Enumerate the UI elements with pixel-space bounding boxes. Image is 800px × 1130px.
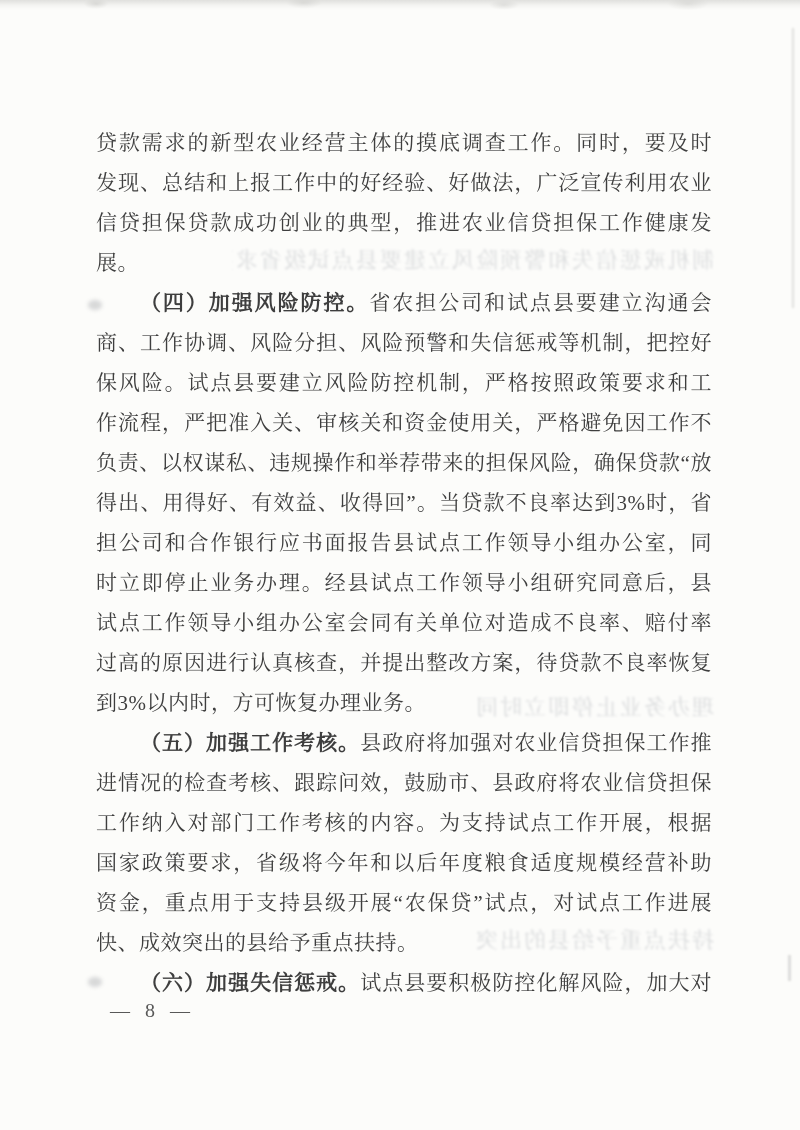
- text-run: 负责、以权谋私、违规操作和举荐带来的担保风险，确保贷款“放: [96, 451, 712, 475]
- text-run: 工作纳入对部门工作考核的内容。为支持试点工作开展，根据: [96, 811, 712, 835]
- document-body: 贷款需求的新型农业经营主体的摸底调查工作。同时，要及时发现、总结和上报工作中的好…: [96, 123, 712, 1003]
- paragraph-first-line: （四）加强风险防控。省农担公司和试点县要建立沟通会: [96, 283, 712, 323]
- scan-edge-artifact-right: [792, 28, 794, 308]
- text-run: 到3%以内时，方可恢复办理业务。: [96, 691, 426, 715]
- text-run: 国家政策要求，省级将今年和以后年度粮食适度规模经营补助: [96, 851, 712, 875]
- text-run: 县政府将加强对农业信贷担保工作推: [360, 731, 712, 755]
- text-line: 进情况的检查考核、跟踪问效，鼓励市、县政府将农业信贷担保: [96, 763, 712, 803]
- section-heading: （五）加强工作考核。: [140, 731, 360, 755]
- text-run: 保风险。试点县要建立风险防控机制，严格按照政策要求和工: [96, 371, 712, 395]
- text-run: 发现、总结和上报工作中的好经验、好做法，广泛宣传利用农业: [96, 171, 712, 195]
- text-line: 商、工作协调、风险分担、风险预警和失信惩戒等机制，把控好担: [96, 323, 712, 363]
- text-line: 国家政策要求，省级将今年和以后年度粮食适度规模经营补助: [96, 843, 712, 883]
- page-number: — 8 —: [110, 1000, 220, 1023]
- text-run: 资金，重点用于支持县级开展“农保贷”试点，对试点工作进展: [96, 891, 712, 915]
- text-run: 试点县要积极防控化解风险，加大对: [360, 971, 712, 995]
- text-line: 到3%以内时，方可恢复办理业务。: [96, 683, 712, 723]
- text-run: 快、成效突出的县给予重点扶持。: [96, 931, 419, 955]
- section-heading: （六）加强失信惩戒。: [140, 971, 360, 995]
- section-heading: （四）加强风险防控。: [140, 291, 369, 315]
- scan-edge-noise: [0, 0, 800, 34]
- text-run: 担公司和合作银行应书面报告县试点工作领导小组办公室，同: [96, 531, 712, 555]
- text-line: 过高的原因进行认真核查，并提出整改方案，待贷款不良率恢复: [96, 643, 712, 683]
- text-line: 试点工作领导小组办公室会同有关单位对造成不良率、赔付率: [96, 603, 712, 643]
- text-run: 省农担公司和试点县要建立沟通会: [369, 291, 712, 315]
- text-line: 负责、以权谋私、违规操作和举荐带来的担保风险，确保贷款“放: [96, 443, 712, 483]
- text-line: 工作纳入对部门工作考核的内容。为支持试点工作开展，根据: [96, 803, 712, 843]
- text-line: 得出、用得好、有效益、收得回”。当贷款不良率达到3%时，省农: [96, 483, 712, 523]
- text-line: 资金，重点用于支持县级开展“农保贷”试点，对试点工作进展: [96, 883, 712, 923]
- text-run: 得出、用得好、有效益、收得回”。当贷款不良率达到3%时，省农: [96, 491, 712, 523]
- text-run: 贷款需求的新型农业经营主体的摸底调查工作。同时，要及时: [96, 131, 712, 155]
- text-line: 展。: [96, 243, 712, 283]
- text-line: 快、成效突出的县给予重点扶持。: [96, 923, 712, 963]
- scan-edge-tick: [788, 955, 791, 981]
- text-run: 过高的原因进行认真核查，并提出整改方案，待贷款不良率恢复: [96, 651, 712, 675]
- text-line: 发现、总结和上报工作中的好经验、好做法，广泛宣传利用农业: [96, 163, 712, 203]
- scanned-document-page: 制机戒惩信失和警预险风立建要县点试级省求要理办务业止停即立时同持扶点重予给县的出…: [0, 0, 800, 1130]
- text-line: 担公司和合作银行应书面报告县试点工作领导小组办公室，同: [96, 523, 712, 563]
- text-line: 信贷担保贷款成功创业的典型，推进农业信贷担保工作健康发: [96, 203, 712, 243]
- text-run: 进情况的检查考核、跟踪问效，鼓励市、县政府将农业信贷担保: [96, 771, 712, 795]
- text-run: 商、工作协调、风险分担、风险预警和失信惩戒等机制，把控好担: [96, 331, 712, 363]
- text-line: 保风险。试点县要建立风险防控机制，严格按照政策要求和工: [96, 363, 712, 403]
- paragraph-first-line: （五）加强工作考核。县政府将加强对农业信贷担保工作推: [96, 723, 712, 763]
- text-run: 展。: [96, 251, 139, 275]
- text-line: 贷款需求的新型农业经营主体的摸底调查工作。同时，要及时: [96, 123, 712, 163]
- paragraph-first-line: （六）加强失信惩戒。试点县要积极防控化解风险，加大对: [96, 963, 712, 1003]
- text-line: 时立即停止业务办理。经县试点工作领导小组研究同意后，县: [96, 563, 712, 603]
- text-run: 作流程，严把准入关、审核关和资金使用关，严格避免因工作不: [96, 411, 712, 435]
- text-line: 作流程，严把准入关、审核关和资金使用关，严格避免因工作不: [96, 403, 712, 443]
- text-run: 试点工作领导小组办公室会同有关单位对造成不良率、赔付率: [96, 611, 712, 635]
- text-run: 时立即停止业务办理。经县试点工作领导小组研究同意后，县: [96, 571, 712, 595]
- text-run: 信贷担保贷款成功创业的典型，推进农业信贷担保工作健康发: [96, 211, 712, 235]
